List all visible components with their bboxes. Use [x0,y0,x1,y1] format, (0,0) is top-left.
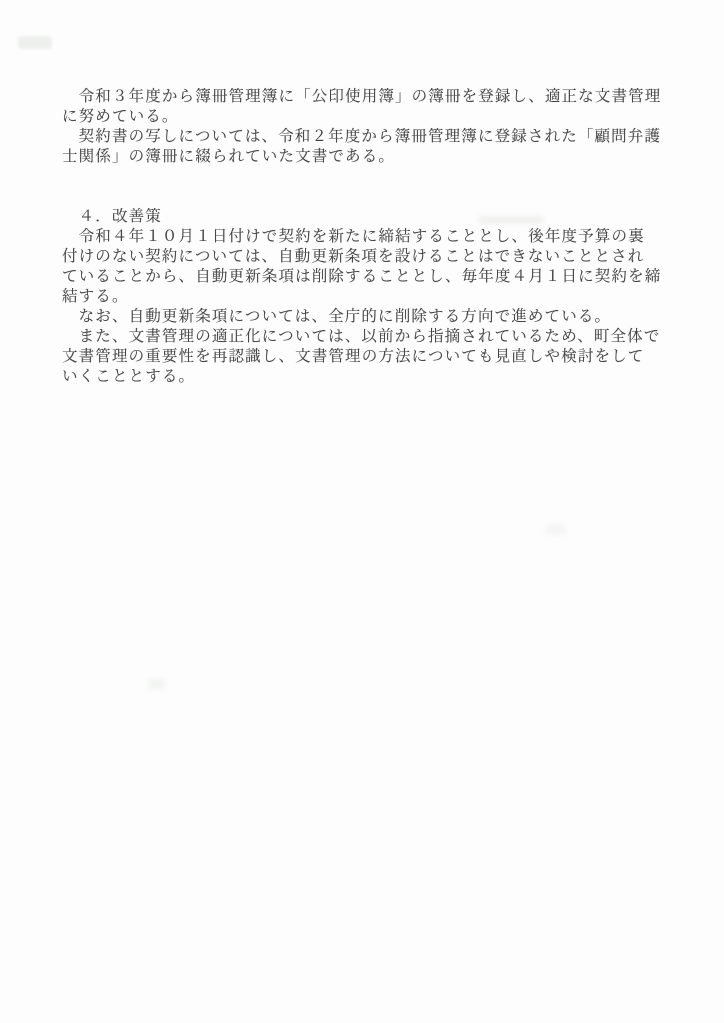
document-text-line: また、文書管理の適正化については、以前から指摘されているため、町全体で [62,327,682,347]
document-text-line: に努めている。 [62,107,682,127]
scan-artifact [148,678,165,690]
document-text-line: 契約書の写しについては、令和２年度から簿冊管理簿に登録された「顧問弁護 [62,127,682,147]
document-text-line: 結する。 [62,287,682,307]
document-text-line: 文書管理の重要性を再認識し、文書管理の方法についても見直しや検討をして [62,347,682,367]
scan-artifact [546,524,566,535]
document-text-line: いくこととする。 [62,367,682,387]
document-body: 令和３年度から簿冊管理簿に「公印使用簿」の簿冊を登録し、適正な文書管理に努めてい… [62,87,682,387]
scanned-document-page: 令和３年度から簿冊管理簿に「公印使用簿」の簿冊を登録し、適正な文書管理に努めてい… [0,0,724,1023]
document-text-line: 士関係」の簿冊に綴られていた文書である。 [62,147,682,167]
blank-line [62,187,682,207]
document-text-line: 令和４年１０月１日付けで契約を新たに締結することとし、後年度予算の裏 [62,227,682,247]
blank-line [62,167,682,187]
document-text-line: 付けのない契約については、自動更新条項を設けることはできないこととされ [62,247,682,267]
document-text-line: ていることから、自動更新条項は削除することとし、毎年度４月１日に契約を締 [62,267,682,287]
document-text-line: 令和３年度から簿冊管理簿に「公印使用簿」の簿冊を登録し、適正な文書管理 [62,87,682,107]
scan-artifact [18,36,52,49]
section-heading: ４．改善策 [62,207,682,227]
document-text-line: なお、自動更新条項については、全庁的に削除する方向で進めている。 [62,307,682,327]
